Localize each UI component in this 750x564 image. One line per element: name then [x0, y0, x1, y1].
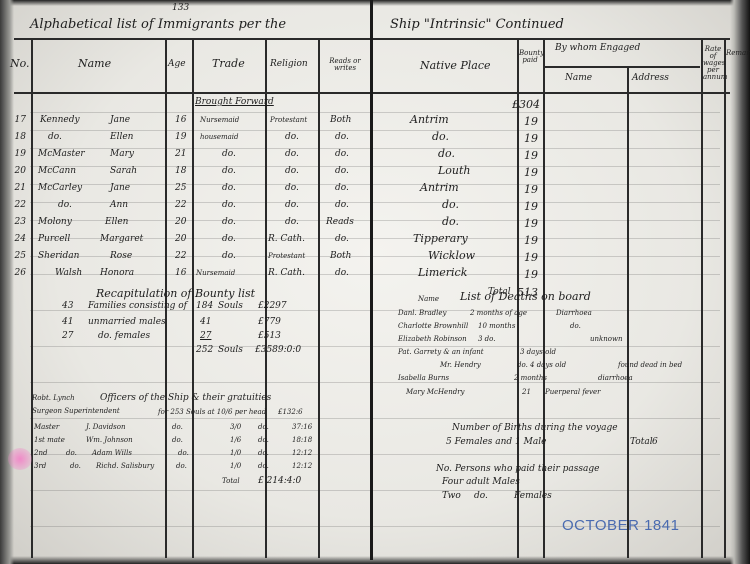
surgeon-name: Robt. Lynch: [32, 395, 75, 402]
trade: do.: [222, 150, 236, 159]
death-name: Danl. Bradley: [398, 310, 446, 317]
bounty: 19: [524, 184, 538, 195]
age: 21: [175, 150, 186, 159]
row-number: 25: [6, 252, 26, 261]
bounty: 19: [524, 167, 538, 178]
page-number: 133: [172, 4, 189, 13]
religion: R. Cath.: [268, 269, 305, 278]
reads-writes: do.: [335, 150, 349, 159]
officer-do: do.: [258, 463, 269, 470]
deaths-name-label: Name: [418, 296, 439, 303]
officer-do: do.: [172, 437, 183, 444]
officers-total-amount: £ 214:4:0: [258, 477, 301, 486]
officer-amount: 18:18: [292, 437, 312, 444]
surname: do.: [48, 133, 62, 142]
reads-writes: do.: [335, 167, 349, 176]
native-place: Wicklow: [428, 250, 475, 261]
surname: Sheridan: [38, 252, 79, 261]
bounty: 19: [524, 218, 538, 229]
age: 19: [175, 133, 186, 142]
row-number: 17: [6, 116, 26, 125]
first-name: Rose: [110, 252, 132, 261]
bounty: 19: [524, 116, 538, 127]
officer-rate: 1/6: [230, 437, 241, 444]
row-number: 19: [6, 150, 26, 159]
trade: do.: [222, 184, 236, 193]
age: 16: [175, 116, 186, 125]
death-name: Elizabeth Robinson: [398, 336, 467, 343]
col-line-religion: [318, 38, 320, 558]
death-name: Pat. Garrety & an infant: [398, 349, 484, 356]
officer-amount: 12:12: [292, 450, 312, 457]
surname: Molony: [38, 218, 72, 227]
reads-writes: Both: [330, 116, 351, 125]
recap-total-souls: 252: [196, 346, 213, 355]
reads-writes: do.: [335, 269, 349, 278]
native-place: do.: [442, 216, 459, 227]
surname: do.: [58, 201, 72, 210]
trade: housemaid: [200, 134, 239, 141]
religion: Protestant: [270, 117, 307, 124]
officer-rate: 3/0: [230, 424, 241, 431]
recap-total-unit: Souls: [218, 346, 243, 355]
reads-writes: Both: [330, 252, 351, 261]
officers-total-label: Total: [222, 478, 240, 485]
recap-souls: 184: [196, 302, 213, 311]
reads-writes: Reads: [326, 218, 354, 227]
recap-count: 41: [62, 318, 73, 327]
paid-passage-title: No. Persons who paid their passage: [436, 465, 599, 474]
native-place: Antrim: [410, 114, 449, 125]
trade: Nursemaid: [200, 117, 239, 124]
religion: do.: [285, 184, 299, 193]
scan-edge-left: [0, 0, 14, 564]
officer-role: 1st mate: [34, 437, 65, 444]
age: 20: [175, 218, 186, 227]
recap-title: Recapitulation of Bounty list: [96, 288, 255, 299]
header-native-place: Native Place: [420, 60, 491, 71]
age: 22: [175, 252, 186, 261]
ruled-line: [30, 130, 720, 131]
death-name: Mary McHendry: [406, 389, 465, 396]
death-cause: diarrhoea: [598, 375, 633, 382]
officer-rate: 1/0: [230, 463, 241, 470]
trade: do.: [222, 252, 236, 261]
paid-passage-do: do.: [474, 492, 488, 501]
death-age: 10 months: [478, 323, 515, 330]
officer-do: do.: [178, 450, 189, 457]
religion: R. Cath.: [268, 235, 305, 244]
religion: do.: [285, 150, 299, 159]
engaged-subheader-rule: [545, 66, 700, 68]
col-line-no: [31, 38, 33, 558]
first-name: Honora: [100, 269, 134, 278]
recap-amount: £513: [258, 332, 281, 341]
officers-heading: Officers of the Ship & their gratuities: [100, 394, 271, 403]
officer-role: 3rd: [34, 463, 46, 470]
reads-writes: do.: [335, 235, 349, 244]
surgeon-amount: £132:6: [278, 409, 303, 416]
bounty-total-label: Total: [488, 288, 511, 297]
first-name: Ann: [110, 201, 128, 210]
page-binding: [370, 0, 373, 560]
officer-role: Master: [34, 424, 59, 431]
death-name: Mr. Hendry: [440, 362, 481, 369]
header-by-whom-engaged: By whom Engaged: [555, 44, 640, 53]
religion: do.: [285, 201, 299, 210]
trade: do.: [222, 235, 236, 244]
age: 20: [175, 235, 186, 244]
surgeon-detail: for 253 Souls at 10/6 per head: [158, 409, 266, 416]
ruled-line: [30, 418, 720, 419]
bounty: 19: [524, 201, 538, 212]
officer-do: do.: [70, 463, 81, 470]
recap-souls: 41: [200, 318, 211, 327]
officer-do: do.: [258, 424, 269, 431]
recap-total-amount: £3589:0:0: [255, 346, 301, 355]
surname: Walsh: [55, 269, 82, 278]
death-cause: do.: [570, 323, 581, 330]
header-bounty-paid: Bounty paid: [519, 50, 541, 64]
native-place: Tipperary: [413, 233, 468, 244]
death-age: 2 months of age: [470, 310, 527, 317]
death-name: Charlotte Brownhill: [398, 323, 468, 330]
header-rate-of-wages: Rate of wages per annum: [703, 46, 723, 81]
ruled-line: [30, 202, 720, 203]
native-place: Limerick: [418, 267, 467, 278]
row-number: 20: [6, 167, 26, 176]
age: 16: [175, 269, 186, 278]
officer-do: do.: [176, 463, 187, 470]
age: 25: [175, 184, 186, 193]
native-place: Antrim: [420, 182, 459, 193]
death-cause: found dead in bed: [618, 362, 682, 369]
death-age: 21: [522, 389, 531, 396]
trade: do.: [222, 167, 236, 176]
surname: Purcell: [38, 235, 70, 244]
bounty-total-amount: 513: [517, 287, 538, 298]
religion: do.: [285, 218, 299, 227]
death-age: 2 months: [514, 375, 547, 382]
recap-souls: 27: [200, 332, 211, 341]
officer-name: Wm. Johnson: [86, 437, 133, 444]
recap-count: 27: [62, 332, 73, 341]
ruled-line: [30, 490, 720, 491]
first-name: Margaret: [100, 235, 143, 244]
bounty: 19: [524, 150, 538, 161]
col-line-engager-address: [701, 38, 703, 558]
bounty: 19: [524, 269, 538, 280]
trade: do.: [222, 201, 236, 210]
paid-passage-females: Females: [514, 492, 552, 501]
paid-passage-females-count: Two: [442, 492, 461, 501]
first-name: Sarah: [110, 167, 137, 176]
trade: Nursemaid: [196, 270, 235, 277]
scan-edge-top: [0, 0, 750, 6]
recap-amount: £779: [258, 318, 281, 327]
archive-date-stamp: OCTOBER 1841: [562, 517, 679, 534]
header-engager-address: Address: [632, 74, 669, 83]
pink-ink-stain: [8, 448, 32, 470]
header-trade: Trade: [212, 58, 245, 69]
ruled-line: [30, 256, 720, 257]
death-name: Isabella Burns: [398, 375, 449, 382]
ruled-line: [30, 112, 720, 113]
officer-amount: 37:16: [292, 424, 312, 431]
death-age: do. 4 days old: [517, 362, 566, 369]
surgeon-role: Surgeon Superintendent: [32, 408, 120, 415]
officer-name: J. Davidson: [86, 424, 126, 431]
surname: McCarley: [38, 184, 82, 193]
ruled-line: [30, 184, 720, 185]
first-name: Ellen: [105, 218, 128, 227]
births-detail: 5 Females and 1 Male: [446, 438, 546, 447]
col-line-engager-name: [627, 66, 629, 558]
officer-name: Adam Wills: [92, 450, 132, 457]
paid-passage-males: Four adult Males: [442, 478, 520, 487]
ruled-line: [30, 346, 720, 347]
officer-do: do.: [66, 450, 77, 457]
officer-role: 2nd: [34, 450, 47, 457]
bounty: 19: [524, 133, 538, 144]
births-total-label: Total: [630, 438, 653, 447]
header-engager-name: Name: [565, 74, 592, 83]
recap-desc: unmarried males: [88, 318, 166, 327]
ruled-line: [30, 382, 720, 383]
death-age: 3 days old: [520, 349, 556, 356]
row-number: 24: [6, 235, 26, 244]
ledger-page: Alphabetical list of Immigrants per the …: [0, 0, 750, 564]
row-number: 21: [6, 184, 26, 193]
col-line-wages: [724, 38, 726, 558]
surname: Kennedy: [40, 116, 80, 125]
first-name: Ellen: [110, 133, 133, 142]
religion: Protestant: [268, 253, 305, 260]
bounty: 19: [524, 252, 538, 263]
recap-desc: do. females: [98, 332, 150, 341]
officer-do: do.: [258, 437, 269, 444]
reads-writes: do.: [335, 133, 349, 142]
death-age: 3 do.: [478, 336, 495, 343]
header-no: No.: [10, 58, 30, 69]
native-place: do.: [438, 148, 455, 159]
row-number: 18: [6, 133, 26, 142]
recap-count: 43: [62, 302, 73, 311]
religion: do.: [285, 133, 299, 142]
officer-rate: 1/0: [230, 450, 241, 457]
native-place: do.: [442, 199, 459, 210]
officer-amount: 12:12: [292, 463, 312, 470]
recap-amount: £2297: [258, 302, 287, 311]
death-cause: Diarrhoea: [556, 310, 592, 317]
header-religion: Religion: [270, 60, 308, 69]
row-number: 26: [6, 269, 26, 278]
native-place: Louth: [438, 165, 471, 176]
right-page-title: Ship "Intrinsic" Continued: [390, 18, 564, 31]
ruled-line: [30, 220, 720, 221]
reads-writes: do.: [335, 201, 349, 210]
officer-name: Richd. Salisbury: [96, 463, 154, 470]
reads-writes: do.: [335, 184, 349, 193]
officer-do: do.: [258, 450, 269, 457]
ruled-line: [30, 454, 720, 455]
scan-edge-right: [730, 0, 750, 564]
scan-edge-bottom: [0, 556, 750, 564]
row-number: 22: [6, 201, 26, 210]
bounty: 19: [524, 235, 538, 246]
births-total: 6: [652, 438, 658, 447]
header-reads-writes: Reads or writes: [322, 58, 368, 72]
age: 22: [175, 201, 186, 210]
first-name: Jane: [110, 116, 130, 125]
left-page-title: Alphabetical list of Immigrants per the: [30, 18, 286, 31]
death-cause: unknown: [590, 336, 622, 343]
trade: do.: [222, 218, 236, 227]
age: 18: [175, 167, 186, 176]
brought-forward-label: Brought Forward: [195, 98, 274, 107]
header-name: Name: [78, 58, 111, 69]
religion: do.: [285, 167, 299, 176]
death-cause: Puerperal fever: [545, 389, 601, 396]
surname: McCann: [38, 167, 76, 176]
header-age: Age: [168, 60, 186, 69]
births-title: Number of Births during the voyage: [452, 424, 618, 433]
first-name: Mary: [110, 150, 134, 159]
native-place: do.: [432, 131, 449, 142]
first-name: Jane: [110, 184, 130, 193]
officer-do: do.: [172, 424, 183, 431]
recap-unit: Souls: [218, 302, 243, 311]
row-number: 23: [6, 218, 26, 227]
brought-forward-amount: £304: [512, 99, 540, 110]
surname: McMaster: [38, 150, 85, 159]
header-remarks: Remarks: [726, 50, 750, 57]
recap-desc: Families consisting of: [88, 302, 187, 311]
